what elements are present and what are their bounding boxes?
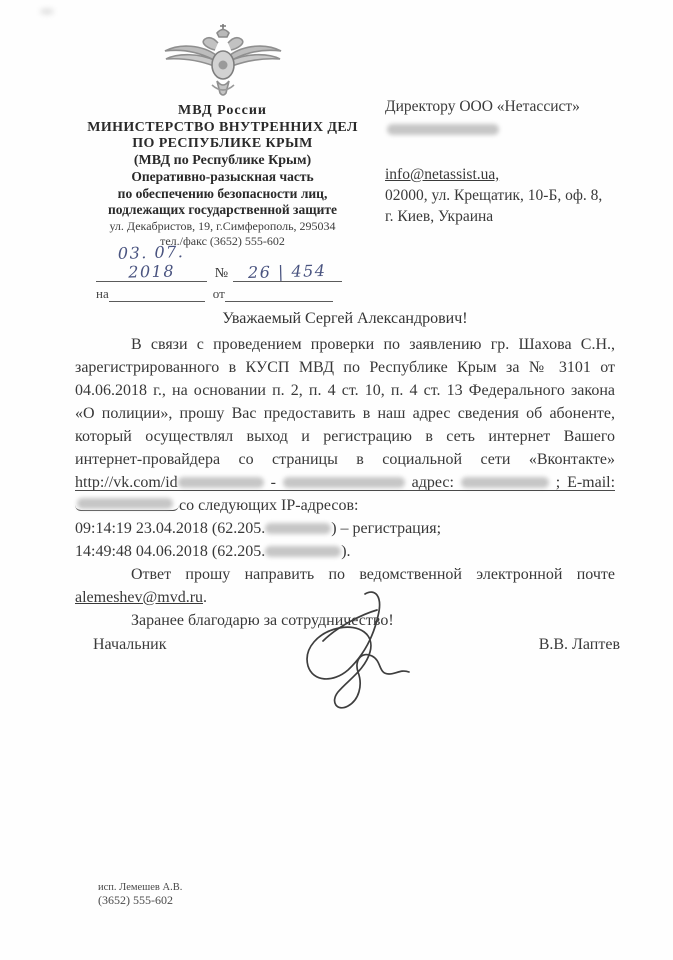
- executor-phone: (3652) 555-602: [98, 894, 182, 907]
- body-line: В связи с проведением проверки по заявле…: [75, 333, 615, 356]
- recipient-email: info@netassist.ua,: [385, 166, 499, 183]
- recipient-title: Директору ООО «Нетассист»: [385, 96, 647, 117]
- scanned-letter-page: МВД России МИНИСТЕРСТВО ВНУТРЕННИХ ДЕЛ П…: [0, 0, 673, 960]
- body-line-ip-second: 14:49:48 04.06.2018 (62.205.).: [75, 540, 615, 563]
- body-line-ip-registration: 09:14:19 23.04.2018 (62.205.) – регистра…: [75, 517, 615, 540]
- org-name-short: МВД России: [75, 103, 370, 120]
- org-name-line: МИНИСТЕРСТВО ВНУТРЕННИХ ДЕЛ: [75, 120, 370, 137]
- recipient-block: Директору ООО «Нетассист» info@netassist…: [385, 96, 647, 227]
- handwritten-date: 03. 07. 2018: [96, 242, 208, 283]
- reference-row-date-number: 03. 07. 2018 № 26 | 454: [96, 243, 342, 282]
- body-line: «О полиции», прошу Вас предоставить в на…: [75, 402, 615, 425]
- body-line: 04.06.2018 г., на основании п. 2, п. 4 с…: [75, 379, 615, 402]
- body-line: зарегистрированного в КУСП МВД по Респуб…: [75, 356, 615, 379]
- redaction-blur: [283, 477, 405, 488]
- redaction-blur: [265, 546, 341, 557]
- body-line-vk-link: http://vk.com/id - адрес: ; E-mail:: [75, 471, 615, 494]
- handwritten-number: 26 | 454: [248, 261, 327, 282]
- number-sign: №: [207, 266, 233, 282]
- org-postal-address: ул. Декабристов, 19, г.Симферополь, 2950…: [75, 219, 370, 234]
- org-unit-line: подлежащих государственной защите: [75, 202, 370, 219]
- na-label: на: [96, 286, 109, 302]
- mvd-eagle-emblem-icon: [162, 21, 284, 101]
- redaction-blur: [461, 477, 549, 488]
- org-unit-line: по обеспечению безопасности лиц,: [75, 186, 370, 203]
- ot-label: от: [205, 286, 225, 302]
- vk-profile-url: http://vk.com/id: [75, 474, 178, 491]
- scan-smudge: [40, 9, 54, 14]
- reply-email: alemeshev@mvd.ru: [75, 589, 203, 606]
- org-unit-line: Оперативно-разыскная часть: [75, 169, 370, 186]
- redaction-blur-underlined: [75, 496, 179, 511]
- signer-name: В.В. Лаптев: [75, 636, 620, 654]
- executor-block: исп. Лемешев А.В. (3652) 555-602: [98, 881, 182, 907]
- recipient-address-line: г. Киев, Украина: [385, 206, 647, 227]
- reference-row-na-ot: на от: [96, 285, 342, 302]
- letterhead-block: МВД России МИНИСТЕРСТВО ВНУТРЕННИХ ДЕЛ П…: [75, 15, 370, 249]
- body-line: со следующих IP-адресов:: [75, 494, 615, 517]
- org-name-line: ПО РЕСПУБЛИКЕ КРЫМ: [75, 136, 370, 153]
- salutation: Уважаемый Сергей Александрович!: [75, 310, 615, 328]
- redaction-blur: [387, 124, 499, 135]
- redaction-blur: [178, 477, 264, 488]
- body-line: который осуществлял выход и регистрацию …: [75, 425, 615, 448]
- body-line: интернет-провайдера со страницы в социал…: [75, 448, 615, 471]
- body-line: Ответ прошу направить по ведомственной э…: [75, 563, 615, 586]
- redaction-blur: [265, 523, 331, 534]
- org-name-line: (МВД по Республике Крым): [75, 153, 370, 170]
- recipient-address-line: 02000, ул. Крещатик, 10-Б, оф. 8,: [385, 185, 647, 206]
- reference-block: 03. 07. 2018 № 26 | 454 на от: [96, 243, 342, 302]
